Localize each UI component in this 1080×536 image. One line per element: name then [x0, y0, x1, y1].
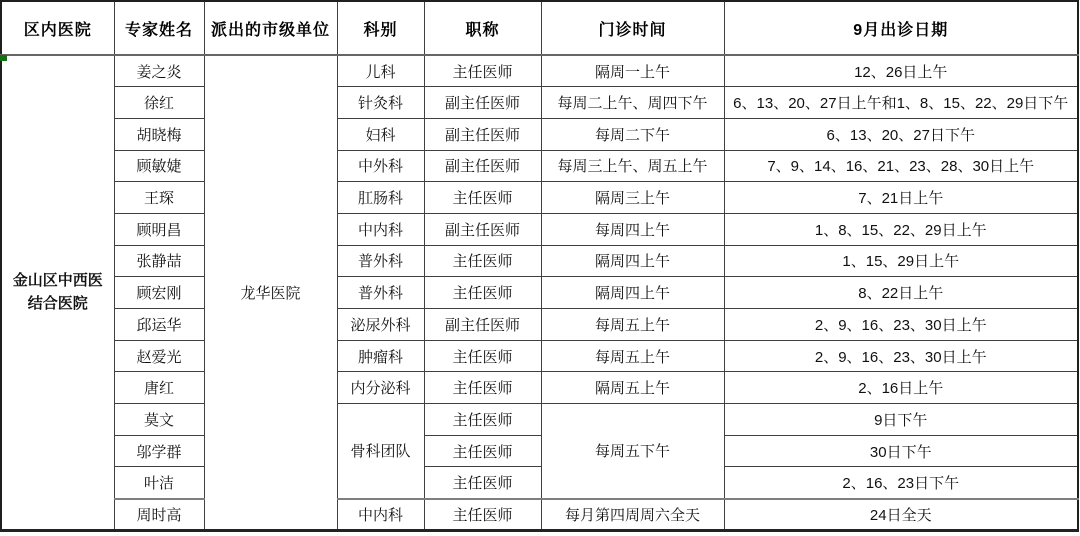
column-header-unit: 派出的市级单位: [204, 1, 337, 55]
expert-name-cell: 张静喆: [114, 245, 204, 277]
expert-name-cell: 唐红: [114, 372, 204, 404]
expert-name-cell: 周时高: [114, 499, 204, 531]
column-header-clinic-time: 门诊时间: [541, 1, 724, 55]
table-row: 张静喆 普外科 主任医师 隔周四上午 1、15、29日上午: [1, 245, 1078, 277]
table-row: 邱运华 泌尿外科 副主任医师 每周五上午 2、9、16、23、30日上午: [1, 309, 1078, 341]
table-row: 周时高 中内科 主任医师 每月第四周周六全天 24日全天: [1, 499, 1078, 531]
dates-cell: 2、9、16、23、30日上午: [724, 340, 1078, 372]
dept-cell: 泌尿外科: [337, 309, 424, 341]
title-cell: 主任医师: [424, 404, 541, 436]
dates-cell: 8、22日上午: [724, 277, 1078, 309]
table-row: 莫文 骨科团队 主任医师 每周五下午 9日下午: [1, 404, 1078, 436]
dates-cell: 2、16日上午: [724, 372, 1078, 404]
expert-name-cell: 徐红: [114, 87, 204, 119]
table-row: 徐红 针灸科 副主任医师 每周二上午、周四下午 6、13、20、27日上午和1、…: [1, 87, 1078, 119]
table-row: 顾明昌 中内科 副主任医师 每周四上午 1、8、15、22、29日上午: [1, 213, 1078, 245]
dates-cell: 1、8、15、22、29日上午: [724, 213, 1078, 245]
dates-cell: 6、13、20、27日下午: [724, 118, 1078, 150]
table-row: 顾敏婕 中外科 副主任医师 每周三上午、周五上午 7、9、14、16、21、23…: [1, 150, 1078, 182]
schedule-page: 区内医院 专家姓名 派出的市级单位 科别 职称 门诊时间 9月出诊日期 金山区中…: [0, 0, 1080, 536]
title-cell: 主任医师: [424, 182, 541, 214]
title-cell: 副主任医师: [424, 118, 541, 150]
dates-cell: 12、26日上午: [724, 55, 1078, 87]
table-row: 王琛 肛肠科 主任医师 隔周三上午 7、21日上午: [1, 182, 1078, 214]
schedule-table: 区内医院 专家姓名 派出的市级单位 科别 职称 门诊时间 9月出诊日期 金山区中…: [0, 0, 1079, 532]
hospital-cell: 金山区中西医结合医院: [1, 55, 114, 530]
dept-cell: 针灸科: [337, 87, 424, 119]
expert-name-cell: 顾明昌: [114, 213, 204, 245]
expert-name-cell: 邱运华: [114, 309, 204, 341]
header-row: 区内医院 专家姓名 派出的市级单位 科别 职称 门诊时间 9月出诊日期: [1, 1, 1078, 55]
table-row: 邬学群 主任医师 30日下午: [1, 435, 1078, 467]
expert-name-cell: 姜之炎: [114, 55, 204, 87]
dept-cell: 妇科: [337, 118, 424, 150]
time-cell: 每周五上午: [541, 340, 724, 372]
table-row: 金山区中西医结合医院 姜之炎 龙华医院 儿科 主任医师 隔周一上午 12、26日…: [1, 55, 1078, 87]
expert-name-cell: 莫文: [114, 404, 204, 436]
dept-cell: 中外科: [337, 150, 424, 182]
dates-cell: 2、16、23日下午: [724, 467, 1078, 499]
time-cell: 每周五上午: [541, 309, 724, 341]
title-cell: 主任医师: [424, 245, 541, 277]
dept-cell: 中内科: [337, 213, 424, 245]
title-cell: 副主任医师: [424, 150, 541, 182]
title-cell: 主任医师: [424, 340, 541, 372]
dates-cell: 30日下午: [724, 435, 1078, 467]
dates-cell: 7、9、14、16、21、23、28、30日上午: [724, 150, 1078, 182]
table-row: 唐红 内分泌科 主任医师 隔周五上午 2、16日上午: [1, 372, 1078, 404]
title-cell: 主任医师: [424, 55, 541, 87]
dept-cell: 儿科: [337, 55, 424, 87]
expert-name-cell: 赵爱光: [114, 340, 204, 372]
dept-cell: 内分泌科: [337, 372, 424, 404]
title-cell: 副主任医师: [424, 87, 541, 119]
dates-cell: 2、9、16、23、30日上午: [724, 309, 1078, 341]
dept-cell: 普外科: [337, 245, 424, 277]
table-header: 区内医院 专家姓名 派出的市级单位 科别 职称 门诊时间 9月出诊日期: [1, 1, 1078, 55]
dept-cell-ortho-team: 骨科团队: [337, 404, 424, 499]
column-header-title: 职称: [424, 1, 541, 55]
green-corner-mark: [0, 55, 7, 61]
title-cell: 主任医师: [424, 499, 541, 531]
title-cell: 主任医师: [424, 277, 541, 309]
dept-cell: 普外科: [337, 277, 424, 309]
time-cell: 隔周五上午: [541, 372, 724, 404]
expert-name-cell: 顾敏婕: [114, 150, 204, 182]
time-cell: 每周三上午、周五上午: [541, 150, 724, 182]
expert-name-cell: 顾宏刚: [114, 277, 204, 309]
table-row: 顾宏刚 普外科 主任医师 隔周四上午 8、22日上午: [1, 277, 1078, 309]
time-cell: 隔周一上午: [541, 55, 724, 87]
title-cell: 副主任医师: [424, 309, 541, 341]
time-cell: 隔周四上午: [541, 277, 724, 309]
unit-cell: 龙华医院: [204, 55, 337, 530]
dates-cell: 7、21日上午: [724, 182, 1078, 214]
dates-cell: 1、15、29日上午: [724, 245, 1078, 277]
time-cell: 每月第四周周六全天: [541, 499, 724, 531]
column-header-department: 科别: [337, 1, 424, 55]
dates-cell: 6、13、20、27日上午和1、8、15、22、29日下午: [724, 87, 1078, 119]
time-cell: 隔周三上午: [541, 182, 724, 214]
title-cell: 副主任医师: [424, 213, 541, 245]
title-cell: 主任医师: [424, 435, 541, 467]
time-cell: 每周二上午、周四下午: [541, 87, 724, 119]
column-header-hospital: 区内医院: [1, 1, 114, 55]
table-row: 胡晓梅 妇科 副主任医师 每周二下午 6、13、20、27日下午: [1, 118, 1078, 150]
dept-cell: 肿瘤科: [337, 340, 424, 372]
dates-cell: 9日下午: [724, 404, 1078, 436]
expert-name-cell: 王琛: [114, 182, 204, 214]
expert-name-cell: 叶洁: [114, 467, 204, 499]
table-row: 叶洁 主任医师 2、16、23日下午: [1, 467, 1078, 499]
time-cell: 隔周四上午: [541, 245, 724, 277]
hospital-name: 金山区中西医结合医院: [10, 269, 106, 316]
time-cell: 每周二下午: [541, 118, 724, 150]
column-header-september-dates: 9月出诊日期: [724, 1, 1078, 55]
dept-cell: 肛肠科: [337, 182, 424, 214]
time-cell: 每周四上午: [541, 213, 724, 245]
expert-name-cell: 邬学群: [114, 435, 204, 467]
time-cell-ortho-team: 每周五下午: [541, 404, 724, 499]
expert-name-cell: 胡晓梅: [114, 118, 204, 150]
dept-cell: 中内科: [337, 499, 424, 531]
table-row: 赵爱光 肿瘤科 主任医师 每周五上午 2、9、16、23、30日上午: [1, 340, 1078, 372]
title-cell: 主任医师: [424, 372, 541, 404]
title-cell: 主任医师: [424, 467, 541, 499]
dates-cell: 24日全天: [724, 499, 1078, 531]
column-header-expert-name: 专家姓名: [114, 1, 204, 55]
